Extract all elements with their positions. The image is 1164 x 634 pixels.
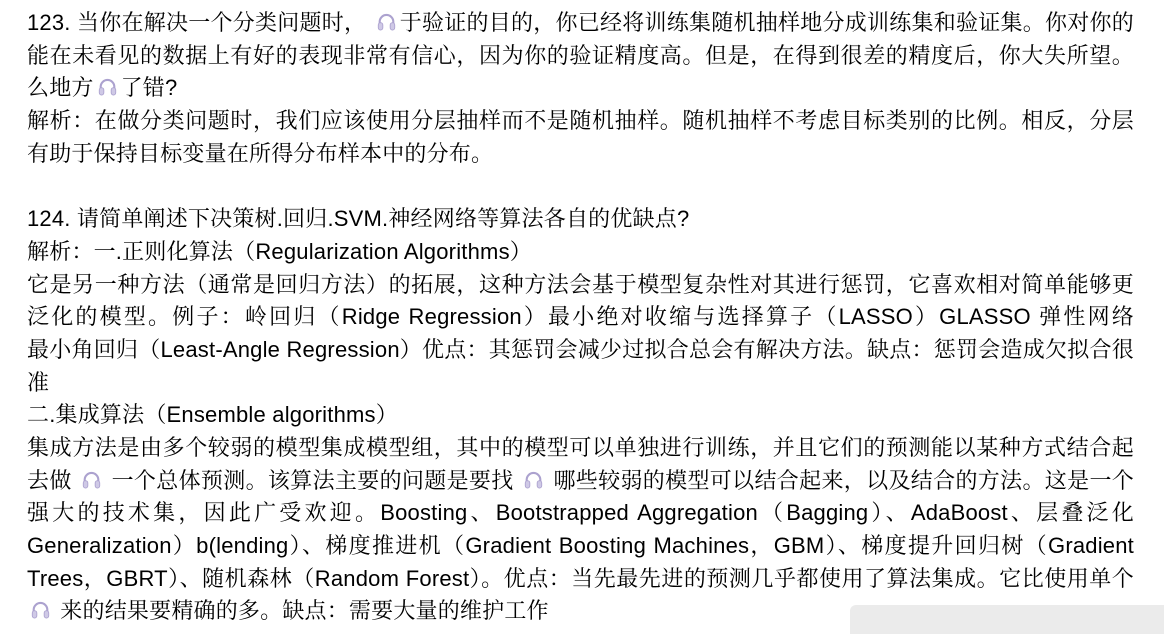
text-line: 能在未看见的数据上有好的表现非常有信心，因为你的验证精度高。但是，在得到很差的精… <box>27 40 1134 73</box>
document-body: 123. 当你在解决一个分类问题时， 于验证的目的，你已经将训练集随机抽样地分成… <box>0 0 1164 628</box>
text-run: 有助于保持目标变量在所得分布样本中的分布。 <box>27 141 493 166</box>
text-line: 123. 当你在解决一个分类问题时， 于验证的目的，你已经将训练集随机抽样地分成… <box>27 7 1134 40</box>
text-line: 强大的技术集，因此广受欢迎。Boosting、Bootstrapped Aggr… <box>27 497 1134 530</box>
text-line: 解析：在做分类问题时，我们应该使用分层抽样而不是随机抽样。随机抽样不考虑目标类别… <box>27 105 1134 138</box>
headphones-icon <box>81 470 102 491</box>
text-run: Generalization）b(lending）、梯度推进机（Gradient… <box>27 533 1134 563</box>
headphones-icon <box>97 77 118 98</box>
text-line: 解析：一.正则化算法（Regularization Algorithms） <box>27 236 1134 269</box>
text-line: 最小角回归（Least-Angle Regression）优点：其惩罚会减少过拟… <box>27 334 1134 367</box>
text-line: 么地方 了错? <box>27 72 1134 105</box>
text-run: 124. 请简单阐述下决策树.回归.SVM.神经网络等算法各自的优缺点? <box>27 206 689 231</box>
bottom-right-overlay <box>850 605 1164 634</box>
text-run: 能在未看见的数据上有好的表现非常有信心，因为你的验证精度高。但是，在得到很差的精… <box>27 43 1134 73</box>
headphones-icon <box>30 600 51 621</box>
text-line: 集成方法是由多个较弱的模型集成模型组，其中的模型可以单独进行训练，并且它们的预测… <box>27 432 1134 465</box>
headphones-icon <box>376 12 397 33</box>
text-run: 泛化的模型。例子：岭回归（Ridge Regression）最小绝对收缩与选择算… <box>27 304 1134 334</box>
text-run: 了错? <box>121 75 178 100</box>
text-line: Trees，GBRT）、随机森林（Random Forest）。优点：当先最先进… <box>27 563 1134 596</box>
text-run: 解析：一.正则化算法（Regularization Algorithms） <box>27 239 532 264</box>
text-line: 去做 一个总体预测。该算法主要的问题是要找 哪些较弱的模型可以结合起来，以及结合… <box>27 465 1134 498</box>
text-run: 集成方法是由多个较弱的模型集成模型组，其中的模型可以单独进行训练，并且它们的预测… <box>27 435 1134 465</box>
text-run: Trees，GBRT）、随机森林（Random Forest）。优点：当先最先进… <box>27 566 1134 596</box>
blank-line <box>27 170 1134 203</box>
text-run: 强大的技术集，因此广受欢迎。Boosting、Bootstrapped Aggr… <box>27 500 1134 530</box>
text-line: 准 <box>27 367 1134 400</box>
text-line: 二.集成算法（Ensemble algorithms） <box>27 399 1134 432</box>
text-run: 一个总体预测。该算法主要的问题是要找 <box>105 468 520 493</box>
text-run: 最小角回归（Least-Angle Regression）优点：其惩罚会减少过拟… <box>27 337 1134 367</box>
text-line: 有助于保持目标变量在所得分布样本中的分布。 <box>27 138 1134 171</box>
text-line: 它是另一种方法（通常是回归方法）的拓展，这种方法会基于模型复杂性对其进行惩罚，它… <box>27 269 1134 302</box>
text-run: 来的结果要精确的多。缺点：需要大量的维护工作 <box>54 598 549 623</box>
text-run: 去做 <box>27 468 78 493</box>
headphones-icon <box>523 470 544 491</box>
text-run: 二.集成算法（Ensemble algorithms） <box>27 402 398 427</box>
text-line: 124. 请简单阐述下决策树.回归.SVM.神经网络等算法各自的优缺点? <box>27 203 1134 236</box>
text-run: 123. 当你在解决一个分类问题时， <box>27 10 373 35</box>
text-run: 么地方 <box>27 75 94 100</box>
text-line: 泛化的模型。例子：岭回归（Ridge Regression）最小绝对收缩与选择算… <box>27 301 1134 334</box>
text-run: 解析：在做分类问题时，我们应该使用分层抽样而不是随机抽样。随机抽样不考虑目标类别… <box>27 108 1134 138</box>
text-run: 准 <box>27 370 49 395</box>
text-line: Generalization）b(lending）、梯度推进机（Gradient… <box>27 530 1134 563</box>
text-run: 它是另一种方法（通常是回归方法）的拓展，这种方法会基于模型复杂性对其进行惩罚，它… <box>27 272 1134 302</box>
